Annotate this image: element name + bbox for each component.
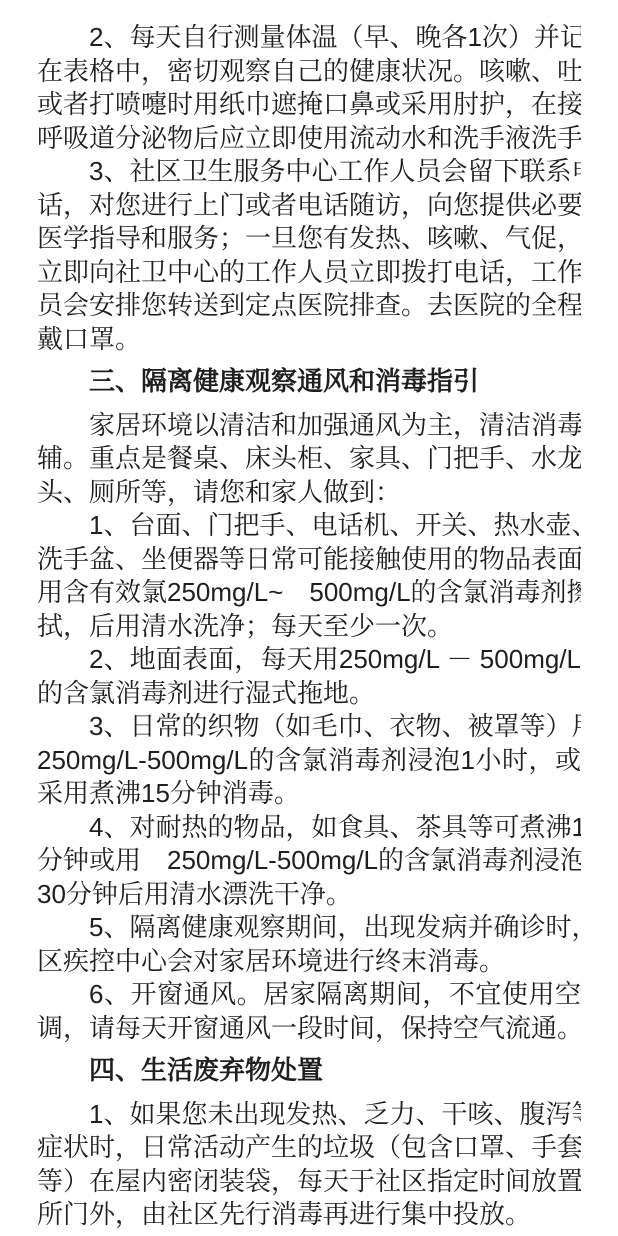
text-line: 头、厕所等，请您和家人做到：	[37, 476, 581, 510]
text-line: 2、地面表面，每天用250mg/L － 500mg/L	[37, 643, 581, 677]
text-line: 250mg/L-500mg/L的含氯消毒剂浸泡1小时，或	[37, 744, 581, 778]
text-line: 等）在屋内密闭装袋，每天于社区指定时间放置居	[37, 1165, 581, 1199]
text-line: 家居环境以清洁和加强通风为主，清洁消毒为	[37, 409, 581, 443]
text-line: 采用煮沸15分钟消毒。	[37, 777, 581, 811]
text-line: 在表格中，密切观察自己的健康状况。咳嗽、吐痰	[37, 55, 581, 89]
text-line: 立即向社卫中心的工作人员立即拨打电话，工作人	[37, 256, 581, 290]
heading-section-3-ventilation-disinfection: 三、隔离健康观察通风和消毒指引	[37, 365, 581, 399]
text-line: 员会安排您转送到定点医院排查。去医院的全程佩	[37, 289, 581, 323]
para-item-5-terminal-disinfection: 5、隔离健康观察期间，出现发病并确诊时，区疾控中心会对家居环境进行终末消毒。	[37, 911, 581, 978]
para-item-1-surfaces-wipe: 1、台面、门把手、电话机、开关、热水壶、洗手盆、坐便器等日常可能接触使用的物品表…	[37, 509, 581, 643]
para-waste-bagging-disposal: 1、如果您未出现发热、乏力、干咳、腹泻等症状时，日常活动产生的垃圾（包含口罩、手…	[37, 1098, 581, 1232]
text-line: 5、隔离健康观察期间，出现发病并确诊时，	[37, 911, 581, 945]
text-line: 3、社区卫生服务中心工作人员会留下联系电	[37, 155, 581, 189]
text-line: 四、生活废弃物处置	[37, 1054, 581, 1088]
para-item-4-heat-resistant-items: 4、对耐热的物品，如食具、茶具等可煮沸15分钟或用 250mg/L-500mg/…	[37, 811, 581, 912]
text-line: 6、开窗通风。居家隔离期间，不宜使用空	[37, 978, 581, 1012]
para-item-2-floor-mopping: 2、地面表面，每天用250mg/L － 500mg/L的含氯消毒剂进行湿式拖地。	[37, 643, 581, 710]
text-line: 2、每天自行测量体温（早、晚各1次）并记录	[37, 21, 581, 55]
para-item-6-window-ventilation: 6、开窗通风。居家隔离期间，不宜使用空调，请每天开窗通风一段时间，保持空气流通。	[37, 978, 581, 1045]
text-line: 1、如果您未出现发热、乏力、干咳、腹泻等	[37, 1098, 581, 1132]
para-community-health-center-contact: 3、社区卫生服务中心工作人员会留下联系电话，对您进行上门或者电话随访，向您提供必…	[37, 155, 581, 356]
para-item-3-fabrics-soak: 3、日常的织物（如毛巾、衣物、被罩等）用250mg/L-500mg/L的含氯消毒…	[37, 710, 581, 811]
text-line: 辅。重点是餐桌、床头柜、家具、门把手、水龙	[37, 442, 581, 476]
text-line: 分钟或用 250mg/L-500mg/L的含氯消毒剂浸泡	[37, 844, 581, 878]
heading-section-4-waste-disposal: 四、生活废弃物处置	[37, 1054, 581, 1088]
text-line: 用含有效氯250mg/L~ 500mg/L的含氯消毒剂擦	[37, 576, 581, 610]
text-line: 30分钟后用清水漂洗干净。	[37, 878, 581, 912]
document-page: 2、每天自行测量体温（早、晚各1次）并记录在表格中，密切观察自己的健康状况。咳嗽…	[0, 0, 618, 1236]
text-line: 拭，后用清水洗净；每天至少一次。	[37, 610, 581, 644]
text-line: 医学指导和服务；一旦您有发热、咳嗽、气促，请	[37, 222, 581, 256]
text-line: 症状时，日常活动产生的垃圾（包含口罩、手套	[37, 1131, 581, 1165]
text-line: 的含氯消毒剂进行湿式拖地。	[37, 677, 581, 711]
text-line: 或者打喷嚏时用纸巾遮掩口鼻或采用肘护，在接触	[37, 88, 581, 122]
text-line: 呼吸道分泌物后应立即使用流动水和洗手液洗手。	[37, 122, 581, 156]
text-line: 洗手盆、坐便器等日常可能接触使用的物品表面，	[37, 543, 581, 577]
text-line: 所门外，由社区先行消毒再进行集中投放。	[37, 1198, 581, 1232]
text-line: 1、台面、门把手、电话机、开关、热水壶、	[37, 509, 581, 543]
text-line: 4、对耐热的物品，如食具、茶具等可煮沸15	[37, 811, 581, 845]
para-daily-temperature-measurement: 2、每天自行测量体温（早、晚各1次）并记录在表格中，密切观察自己的健康状况。咳嗽…	[37, 21, 581, 155]
text-line: 话，对您进行上门或者电话随访，向您提供必要的	[37, 189, 581, 223]
para-home-environment-cleaning: 家居环境以清洁和加强通风为主，清洁消毒为辅。重点是餐桌、床头柜、家具、门把手、水…	[37, 409, 581, 510]
text-line: 三、隔离健康观察通风和消毒指引	[37, 365, 581, 399]
text-line: 区疾控中心会对家居环境进行终末消毒。	[37, 945, 581, 979]
text-line: 戴口罩。	[37, 323, 581, 357]
text-line: 3、日常的织物（如毛巾、衣物、被罩等）用	[37, 710, 581, 744]
text-line: 调，请每天开窗通风一段时间，保持空气流通。	[37, 1012, 581, 1046]
